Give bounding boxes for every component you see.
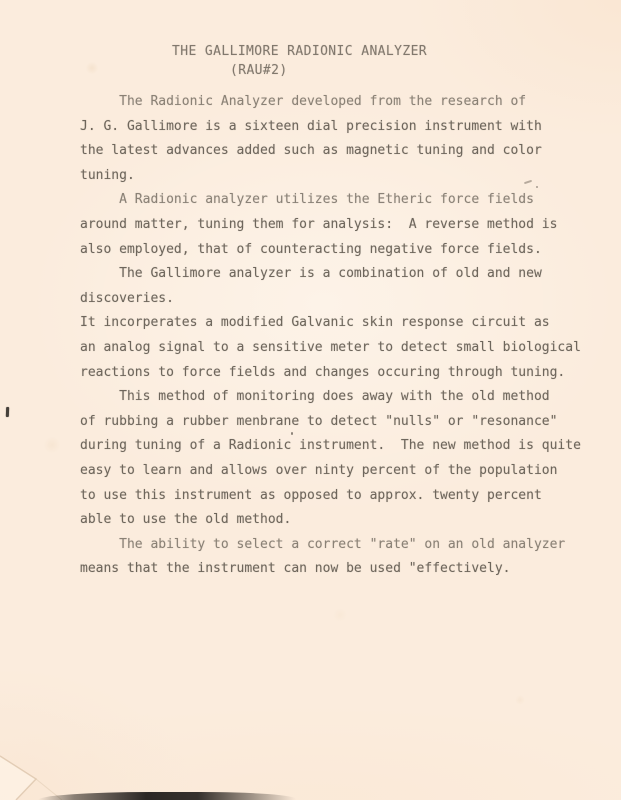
text-line: able to use the old method. (80, 508, 610, 533)
text-line: an analog signal to a sensitive meter to… (80, 336, 610, 361)
text-line: The Gallimore analyzer is a combination … (80, 262, 610, 287)
text-line: This method of monitoring does away with… (80, 385, 610, 410)
text-line: to use this instrument as opposed to app… (80, 484, 610, 509)
document-title: THE GALLIMORE RADIONIC ANALYZER (172, 44, 427, 59)
text-line: J. G. Gallimore is a sixteen dial precis… (80, 115, 610, 140)
text-line: It incorperates a modified Galvanic skin… (80, 311, 610, 336)
scan-edge-shadow (38, 792, 296, 800)
text-line: The Radionic Analyzer developed from the… (80, 90, 610, 115)
text-line: tuning. (80, 164, 610, 189)
text-line: means that the instrument can now be use… (80, 557, 610, 582)
text-line: also employed, that of counteracting neg… (80, 238, 610, 263)
text-line: of rubbing a rubber menbrane to detect "… (80, 410, 610, 435)
text-line: The ability to select a correct "rate" o… (80, 533, 610, 558)
text-line: easy to learn and allows over ninty perc… (80, 459, 610, 484)
document-subtitle: (RAU#2) (230, 63, 288, 78)
scanned-page: THE GALLIMORE RADIONIC ANALYZER (RAU#2) … (0, 0, 621, 800)
text-line: A Radionic analyzer utilizes the Etheric… (80, 188, 610, 213)
ink-speck (536, 186, 538, 188)
text-line: during tuning of a Radionic instrument. … (80, 434, 610, 459)
text-line: the latest advances added such as magnet… (80, 139, 610, 164)
document-body: The Radionic Analyzer developed from the… (80, 90, 610, 582)
text-line: reactions to force fields and changes oc… (80, 361, 610, 386)
text-line: discoveries. (80, 287, 610, 312)
text-line: around matter, tuning them for analysis:… (80, 213, 610, 238)
ink-mark (6, 407, 9, 417)
corner-fold-crease (0, 750, 80, 800)
ink-speck (291, 432, 293, 435)
typewritten-text: THE GALLIMORE RADIONIC ANALYZER (RAU#2) … (0, 0, 621, 800)
